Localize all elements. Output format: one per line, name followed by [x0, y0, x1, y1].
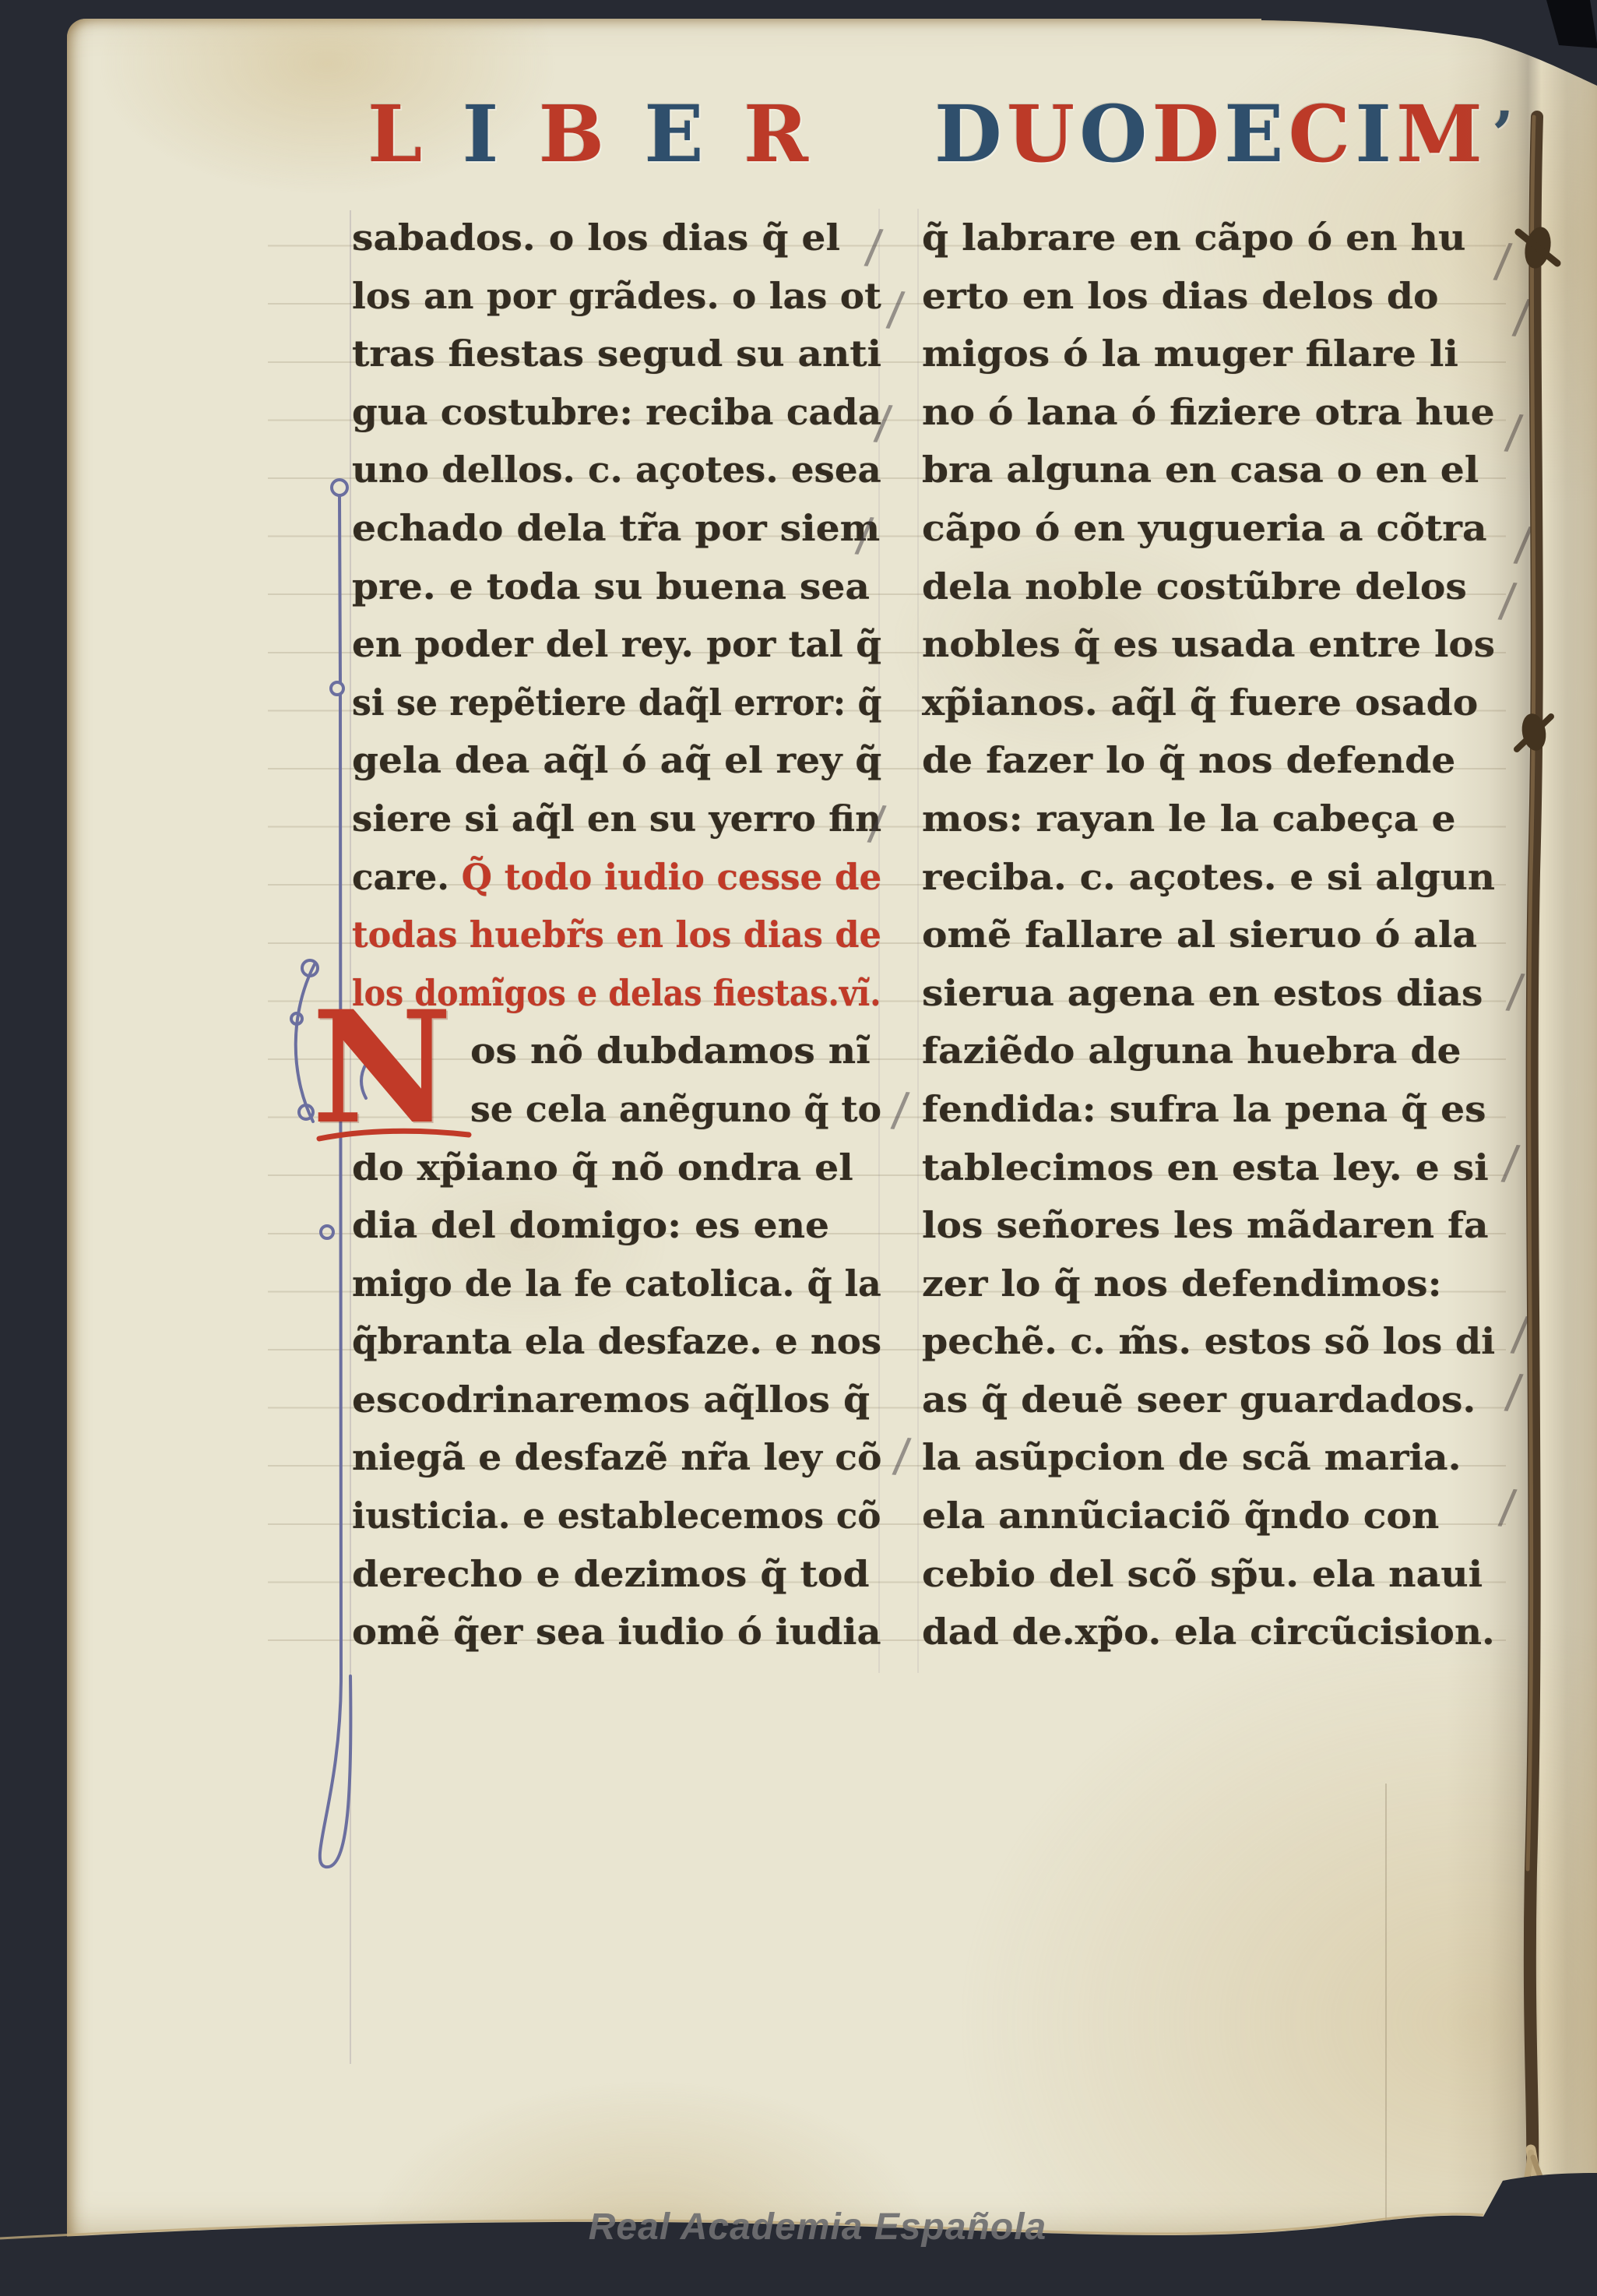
- header-letter: E: [644, 88, 703, 180]
- manuscript-line: todas huebr̃s en los dias de: [352, 906, 881, 964]
- manuscript-line: migo de la fe catolica. q̃ la: [352, 1255, 881, 1313]
- manuscript-line: dela noble costũbre delos: [922, 558, 1495, 616]
- manuscript-line: cebio del scõ sp̃u. ela naui: [922, 1545, 1495, 1604]
- manuscript-line: gela dea aq̃l ó aq̃ el rey q̃: [352, 731, 881, 790]
- manuscript-line: q̃ labrare en cãpo ó en hu: [922, 209, 1495, 267]
- header-letter: I: [463, 88, 499, 180]
- manuscript-line: zer lo q̃ nos defendimos:: [922, 1255, 1495, 1313]
- header-letter: D: [934, 88, 1002, 180]
- text-column-left: sabados. o los dias q̃ ellos an por grãd…: [352, 209, 881, 1661]
- manuscript-line: niegã e desfazẽ nr̃a ley cõ: [352, 1428, 881, 1487]
- manuscript-line: gua costubre: reciba cada: [352, 383, 881, 442]
- manuscript-line: los señores les mãdaren fa: [922, 1196, 1495, 1255]
- header-flourish: ’: [1492, 97, 1514, 171]
- header-letter: O: [1079, 88, 1147, 180]
- header-letter: I: [1355, 88, 1391, 180]
- header-letter: B: [539, 88, 605, 180]
- header-letter: R: [744, 88, 808, 180]
- manuscript-line: as q̃ deuẽ seer guardados.: [922, 1371, 1495, 1429]
- manuscript-line: no ó lana ó fiziere otra hue: [922, 383, 1495, 442]
- manuscript-line: sierua agena en estos dias: [922, 964, 1495, 1023]
- manuscript-line: echado dela tr̃a por siem: [352, 499, 881, 558]
- manuscript-line: la asũpcion de scã maria.: [922, 1428, 1495, 1487]
- header-letter: C: [1289, 88, 1351, 180]
- header-letter: L: [368, 88, 422, 180]
- manuscript-line: omẽ fallare al sieruo ó ala: [922, 906, 1495, 964]
- manuscript-photo: LIBER DUODECIM’ N sabados. o los dias q̃…: [0, 0, 1597, 2296]
- manuscript-line: se cela anẽguno q̃ to: [352, 1080, 881, 1139]
- manuscript-line: uno dellos. c. açotes. esea: [352, 441, 881, 499]
- manuscript-line: sabados. o los dias q̃ el: [352, 209, 881, 267]
- manuscript-line: tras fiestas segud su anti: [352, 325, 881, 383]
- text-column-right: q̃ labrare en cãpo ó en huerto en los di…: [922, 209, 1495, 1661]
- manuscript-line: care. Q̃ todo iudio cesse de: [352, 848, 881, 907]
- manuscript-line: derecho e dezimos q̃ tod: [352, 1545, 881, 1604]
- manuscript-line: faziẽdo alguna huebra de: [922, 1022, 1495, 1080]
- manuscript-line: escodrinaremos aq̃llos q̃: [352, 1371, 881, 1429]
- manuscript-line: nobles q̃ es usada entre los: [922, 615, 1495, 674]
- manuscript-line: xp̃ianos. aq̃l q̃ fuere osado: [922, 674, 1495, 732]
- manuscript-line: dad de.xp̃o. ela circũcision.: [922, 1603, 1495, 1661]
- manuscript-line: reciba. c. açotes. e si algun: [922, 848, 1495, 907]
- header-word-duodecim: DUODECIM’: [934, 87, 1514, 181]
- manuscript-line: pre. e toda su buena sea: [352, 558, 881, 616]
- manuscript-line: q̃branta ela desfaze. e nos: [352, 1312, 881, 1371]
- manuscript-line: migos ó la muger filare li: [922, 325, 1495, 383]
- manuscript-line: erto en los dias delos do: [922, 267, 1495, 326]
- header-letter: M: [1396, 88, 1483, 180]
- manuscript-line: cãpo ó en yugueria a cõtra: [922, 499, 1495, 558]
- manuscript-line: si se repẽtiere daq̃l error: q̃: [352, 674, 881, 732]
- header-letter: D: [1152, 88, 1219, 180]
- manuscript-line: dia del domigo: es ene: [352, 1196, 881, 1255]
- manuscript-line: do xp̃iano q̃ nõ ondra el: [352, 1139, 881, 1197]
- manuscript-line: los domĩgos e delas fiestas.vĩ.: [352, 964, 881, 1023]
- manuscript-line: en poder del rey. por tal q̃: [352, 615, 881, 674]
- manuscript-line: os nõ dubdamos nĩ: [352, 1022, 881, 1080]
- manuscript-line: fendida: sufra la pena q̃ es: [922, 1080, 1495, 1139]
- manuscript-line: siere si aq̃l en su yerro fin: [352, 790, 881, 848]
- manuscript-line: omẽ q̃er sea iudio ó iudia: [352, 1603, 881, 1661]
- header-letter: U: [1007, 88, 1075, 180]
- watermark: Real Academia Española: [514, 2206, 1121, 2248]
- manuscript-line: bra alguna en casa o en el: [922, 441, 1495, 499]
- manuscript-line: pechẽ. c. m̃s. estos sõ los di: [922, 1312, 1495, 1371]
- manuscript-line: iusticia. e establecemos cõ: [352, 1487, 881, 1545]
- manuscript-line: mos: rayan le la cabeça e: [922, 790, 1495, 848]
- manuscript-line: tablecimos en esta ley. e si: [922, 1139, 1495, 1197]
- manuscript-line: de fazer lo q̃ nos defende: [922, 731, 1495, 790]
- header-letter: E: [1224, 88, 1283, 180]
- header-word-liber: LIBER: [368, 87, 808, 181]
- manuscript-line: los an por grãdes. o las ot: [352, 267, 881, 326]
- manuscript-line: ela annũciaciõ q̃ndo con: [922, 1487, 1495, 1545]
